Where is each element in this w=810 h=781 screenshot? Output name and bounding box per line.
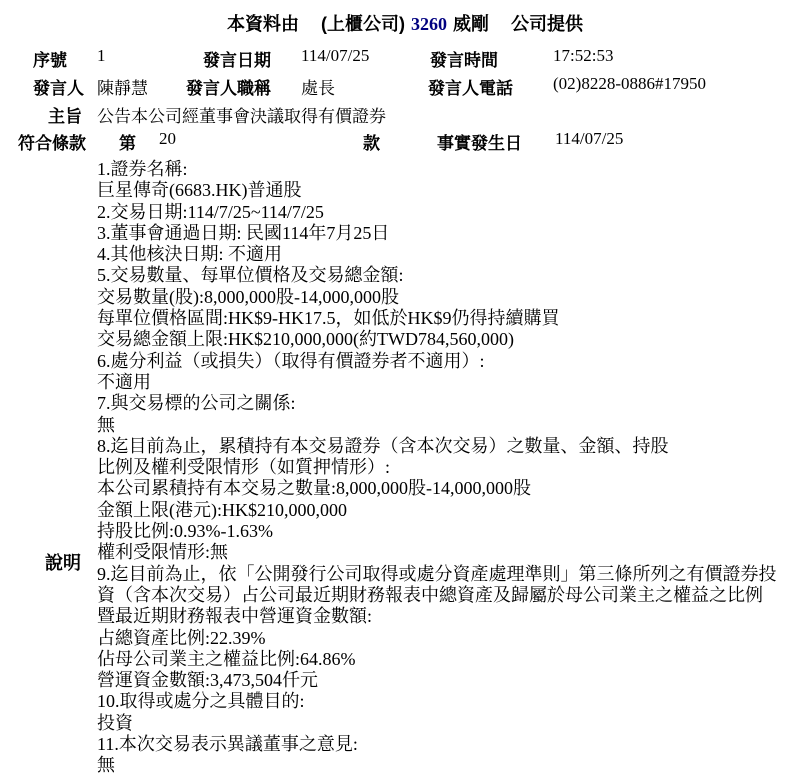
clause-number: 20 <box>159 129 176 149</box>
description-line: 巨星傳奇(6683.HK)普通股 <box>97 180 797 201</box>
description-line: 佔母公司業主之權益比例:64.86% <box>97 649 797 670</box>
description-label: 說明 <box>45 549 81 575</box>
description-line: 2.交易日期:114/7/25~114/7/25 <box>97 202 797 223</box>
description-line: 暨最近期財務報表中營運資金數額: <box>97 606 797 627</box>
seq-value: 1 <box>97 46 106 66</box>
description-line: 交易總金額上限:HK$210,000,000(約TWD784,560,000) <box>97 329 797 350</box>
clause-prefix: 第 <box>119 129 136 154</box>
description-line: 占總資產比例:22.39% <box>97 628 797 649</box>
fact-date-label: 事實發生日 <box>437 129 522 154</box>
speak-date-label: 發言日期 <box>203 46 271 71</box>
description-line: 8.迄目前為止，累積持有本交易證券（含本次交易）之數量、金額、持股 <box>97 436 797 457</box>
description-line: 11.本次交易表示異議董事之意見: <box>97 734 797 755</box>
phone-value: (02)8228-0886#17950 <box>553 74 706 94</box>
spokesman-title-label: 發言人職稱 <box>186 74 271 99</box>
title-suffix: 公司提供 <box>511 14 583 34</box>
speak-date-value: 114/07/25 <box>301 46 369 66</box>
header-row-4: 符合條款 第 20 款 事實發生日 114/07/25 <box>0 129 810 151</box>
description-line: 無 <box>97 415 797 436</box>
description-line: 資（含本次交易）占公司最近期財務報表中總資產及歸屬於母公司業主之權益之比例 <box>97 585 797 606</box>
description-body: 1.證券名稱: 巨星傳奇(6683.HK)普通股 2.交易日期:114/7/25… <box>97 159 797 777</box>
header-row-1: 序號 1 發言日期 114/07/25 發言時間 17:52:53 <box>0 46 810 68</box>
company-name: 威剛 <box>453 14 489 34</box>
company-code: 3260 <box>411 14 447 34</box>
description-line: 持股比例:0.93%-1.63% <box>97 521 797 542</box>
phone-label: 發言人電話 <box>428 74 513 99</box>
header-row-2: 發言人 陳靜慧 發言人職稱 處長 發言人電話 (02)8228-0886#179… <box>0 74 810 96</box>
header-row-3: 主旨 公告本公司經董事會決議取得有價證券 <box>0 102 810 124</box>
description-line: 交易數量(股):8,000,000股-14,000,000股 <box>97 287 797 308</box>
description-line: 4.其他核決日期: 不適用 <box>97 244 797 265</box>
description-line: 營運資金數額:3,473,504仟元 <box>97 670 797 691</box>
description-line: 投資 <box>97 713 797 734</box>
description-line: 無 <box>97 755 797 776</box>
clause-suffix: 款 <box>363 129 380 154</box>
seq-label: 序號 <box>33 46 67 71</box>
fact-date-value: 114/07/25 <box>555 129 623 149</box>
clause-label: 符合條款 <box>18 129 86 154</box>
description-line: 比例及權利受限情形（如質押情形）: <box>97 457 797 478</box>
page-title: 本資料由(上櫃公司)3260威剛公司提供 <box>0 10 810 36</box>
spokesman-value: 陳靜慧 <box>97 74 148 99</box>
subject-label: 主旨 <box>48 102 82 127</box>
description-line: 7.與交易標的公司之關係: <box>97 393 797 414</box>
subject-value: 公告本公司經董事會決議取得有價證券 <box>97 102 386 127</box>
spokesman-label: 發言人 <box>33 74 84 99</box>
description-line: 9.迄目前為止，依「公開發行公司取得或處分資產處理準則」第三條所列之有價證券投 <box>97 564 797 585</box>
title-prefix: 本資料由 <box>227 14 299 34</box>
description-line: 金額上限(港元):HK$210,000,000 <box>97 500 797 521</box>
company-type: (上櫃公司) <box>321 14 405 34</box>
speak-time-label: 發言時間 <box>430 46 498 71</box>
description-line: 5.交易數量、每單位價格及交易總金額: <box>97 265 797 286</box>
description-line: 3.董事會通過日期: 民國114年7月25日 <box>97 223 797 244</box>
description-line: 10.取得或處分之具體目的: <box>97 691 797 712</box>
spokesman-title-value: 處長 <box>301 74 335 99</box>
description-line: 1.證券名稱: <box>97 159 797 180</box>
description-line: 不適用 <box>97 372 797 393</box>
description-line: 6.處分利益（或損失）（取得有價證券者不適用）: <box>97 351 797 372</box>
speak-time-value: 17:52:53 <box>553 46 613 66</box>
description-line: 本公司累積持有本交易之數量:8,000,000股-14,000,000股 <box>97 478 797 499</box>
description-line: 權利受限情形:無 <box>97 542 797 563</box>
disclosure-page: 本資料由(上櫃公司)3260威剛公司提供 序號 1 發言日期 114/07/25… <box>0 0 810 781</box>
description-line: 每單位價格區間:HK$9-HK17.5，如低於HK$9仍得持續購買 <box>97 308 797 329</box>
